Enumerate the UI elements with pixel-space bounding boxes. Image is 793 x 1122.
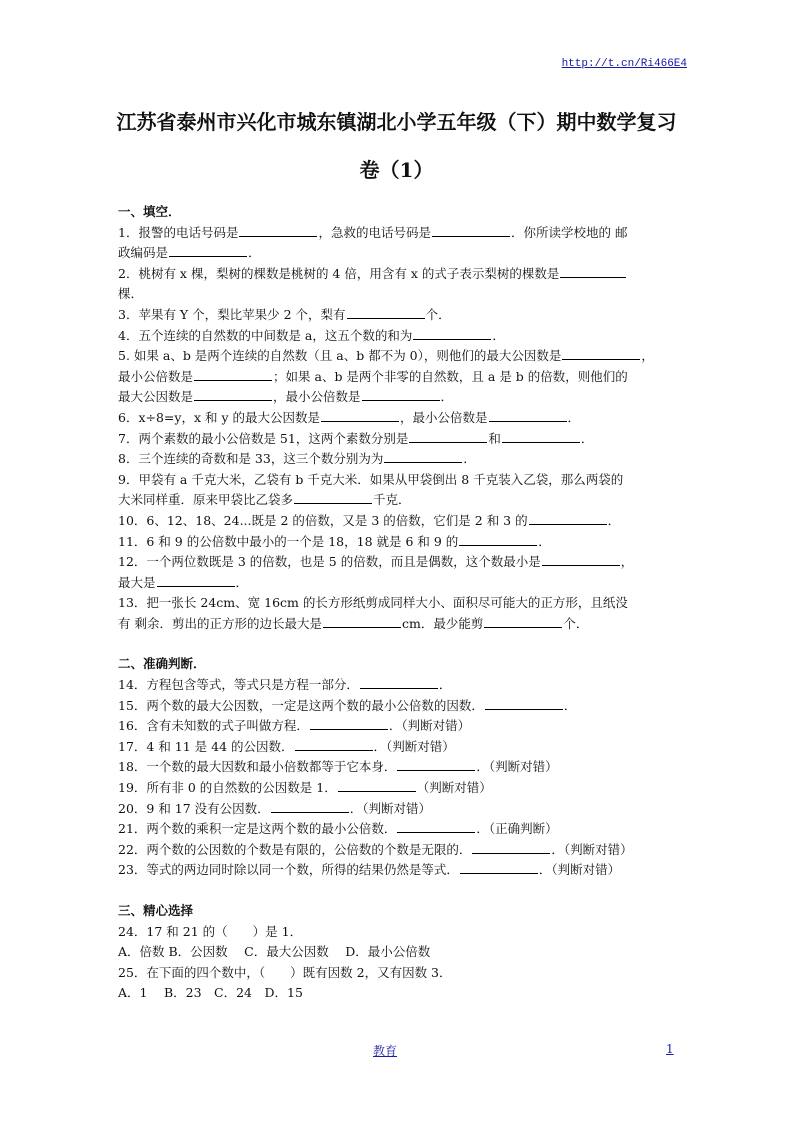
answer-blank[interactable] [323,614,401,628]
question-7: 7．两个素数的最小公倍数是 51，这两个素数分别是和． [118,429,678,450]
question-9-cont: 大米同样重．原来甲袋比乙袋多千克． [118,490,678,511]
answer-blank[interactable] [239,223,317,237]
answer-blank[interactable] [169,243,247,257]
answer-blank[interactable] [484,614,562,628]
question-23: 23．等式的两边同时除以同一个数，所得的结果仍然是等式．．（判断对错） [118,860,678,881]
question-12: 12．一个两位数既是 3 的倍数，也是 5 的倍数，而且是偶数，这个数最小是， [118,552,678,573]
answer-blank[interactable] [347,305,425,319]
answer-blank[interactable] [194,387,272,401]
answer-blank[interactable] [294,490,372,504]
question-6: 6．x÷8=y，x 和 y 的最大公因数是，最小公倍数是． [118,408,678,429]
question-2: 2．桃树有 x 棵，梨树的棵数是桃树的 4 倍，用含有 x 的式子表示梨树的棵数… [118,264,678,285]
question-18: 18．一个数的最大因数和最小倍数都等于它本身．．（判断对错） [118,757,678,778]
question-12-cont: 最大是． [118,573,678,594]
answer-blank[interactable] [562,346,640,360]
question-4: 4．五个连续的自然数的中间数是 a，这五个数的和为． [118,326,678,347]
answer-blank[interactable] [295,737,373,751]
answer-blank[interactable] [560,264,626,278]
answer-blank[interactable] [413,326,491,340]
question-13: 13．把一张长 24cm、宽 16cm 的长方形纸剪成同样大小、面积尽可能大的正… [118,593,678,614]
question-19: 19．所有非 0 的自然数的公因数是 1．（判断对错） [118,778,678,799]
answer-blank[interactable] [360,675,438,689]
question-9: 9．甲袋有 a 千克大米，乙袋有 b 千克大米．如果从甲袋倒出 8 千克装入乙袋… [118,470,678,491]
answer-blank[interactable] [310,716,388,730]
question-2-cont: 棵． [118,284,678,305]
question-25-options: A．1 B．23 C．24 D．15 [118,983,678,1004]
question-8: 8．三个连续的奇数和是 33，这三个数分别为为． [118,449,678,470]
question-24-options: A．倍数 B．公因数 C．最大公因数 D．最小公倍数 [118,942,678,963]
answer-blank[interactable] [397,819,475,833]
answer-blank[interactable] [432,223,510,237]
question-21: 21．两个数的乘积一定是这两个数的最小公倍数．．（正确判断） [118,819,678,840]
question-5-cont-2: 最大公因数是，最小公倍数是． [118,387,678,408]
exam-content: 一、填空． 1．报警的电话号码是，急救的电话号码是．你所读学校地的 邮 政编码是… [118,202,678,1004]
answer-blank[interactable] [157,573,235,587]
question-25: 25．在下面的四个数中，（ ）既有因数 2，又有因数 3． [118,963,678,984]
answer-blank[interactable] [502,429,580,443]
answer-blank[interactable] [194,367,272,381]
page-title: 江苏省泰州市兴化市城东镇湖北小学五年级（下）期中数学复习 卷（1） [0,103,793,189]
title-line-2: 卷（1） [0,151,793,189]
footer-education-link[interactable]: 教育 [373,1042,397,1059]
page-number-link[interactable]: 1 [666,1042,674,1056]
answer-blank[interactable] [321,408,399,422]
question-16: 16．含有未知数的式子叫做方程．．（判断对错） [118,716,678,737]
answer-blank[interactable] [271,799,349,813]
question-22: 22．两个数的公因数的个数是有限的，公倍数的个数是无限的．．（判断对错） [118,840,678,861]
question-15: 15．两个数的最大公因数，一定是这两个数的最小公倍数的因数．． [118,696,678,717]
question-5-cont-1: 最小公倍数是；如果 a、b 是两个非零的自然数，且 a 是 b 的倍数，则他们的 [118,367,678,388]
answer-blank[interactable] [542,552,620,566]
question-20: 20．9 和 17 没有公因数．．（判断对错） [118,799,678,820]
question-24: 24．17 和 21 的（ ）是 1． [118,922,678,943]
answer-blank[interactable] [472,840,550,854]
answer-blank[interactable] [529,511,607,525]
question-14: 14．方程包含等式，等式只是方程一部分．． [118,675,678,696]
answer-blank[interactable] [409,429,487,443]
question-11: 11．6 和 9 的公倍数中最小的一个是 18，18 就是 6 和 9 的． [118,532,678,553]
question-1-cont: 政编码是． [118,243,678,264]
answer-blank[interactable] [460,860,538,874]
question-17: 17．4 和 11 是 44 的公因数．．（判断对错） [118,737,678,758]
question-13-cont: 有 剩余．剪出的正方形的边长最大是cm．最少能剪个． [118,614,678,635]
answer-blank[interactable] [384,449,462,463]
question-3: 3．苹果有 Y 个，梨比苹果少 2 个，梨有个． [118,305,678,326]
question-10: 10．6、12、18、24...既是 2 的倍数，又是 3 的倍数，它们是 2 … [118,511,678,532]
answer-blank[interactable] [397,757,475,771]
section-3-heading: 三、精心选择 [118,901,678,922]
answer-blank[interactable] [485,696,563,710]
answer-blank[interactable] [489,408,567,422]
section-2-heading: 二、准确判断． [118,654,678,675]
answer-blank[interactable] [459,532,537,546]
header-url-link[interactable]: http://t.cn/Ri466E4 [562,58,687,70]
answer-blank[interactable] [338,778,416,792]
answer-blank[interactable] [362,387,440,401]
title-line-1: 江苏省泰州市兴化市城东镇湖北小学五年级（下）期中数学复习 [117,110,677,134]
section-1-heading: 一、填空． [118,202,678,223]
question-1: 1．报警的电话号码是，急救的电话号码是．你所读学校地的 邮 [118,223,678,244]
question-5: 5. 如果 a、b 是两个连续的自然数（且 a、b 都不为 0），则他们的最大公… [118,346,678,367]
